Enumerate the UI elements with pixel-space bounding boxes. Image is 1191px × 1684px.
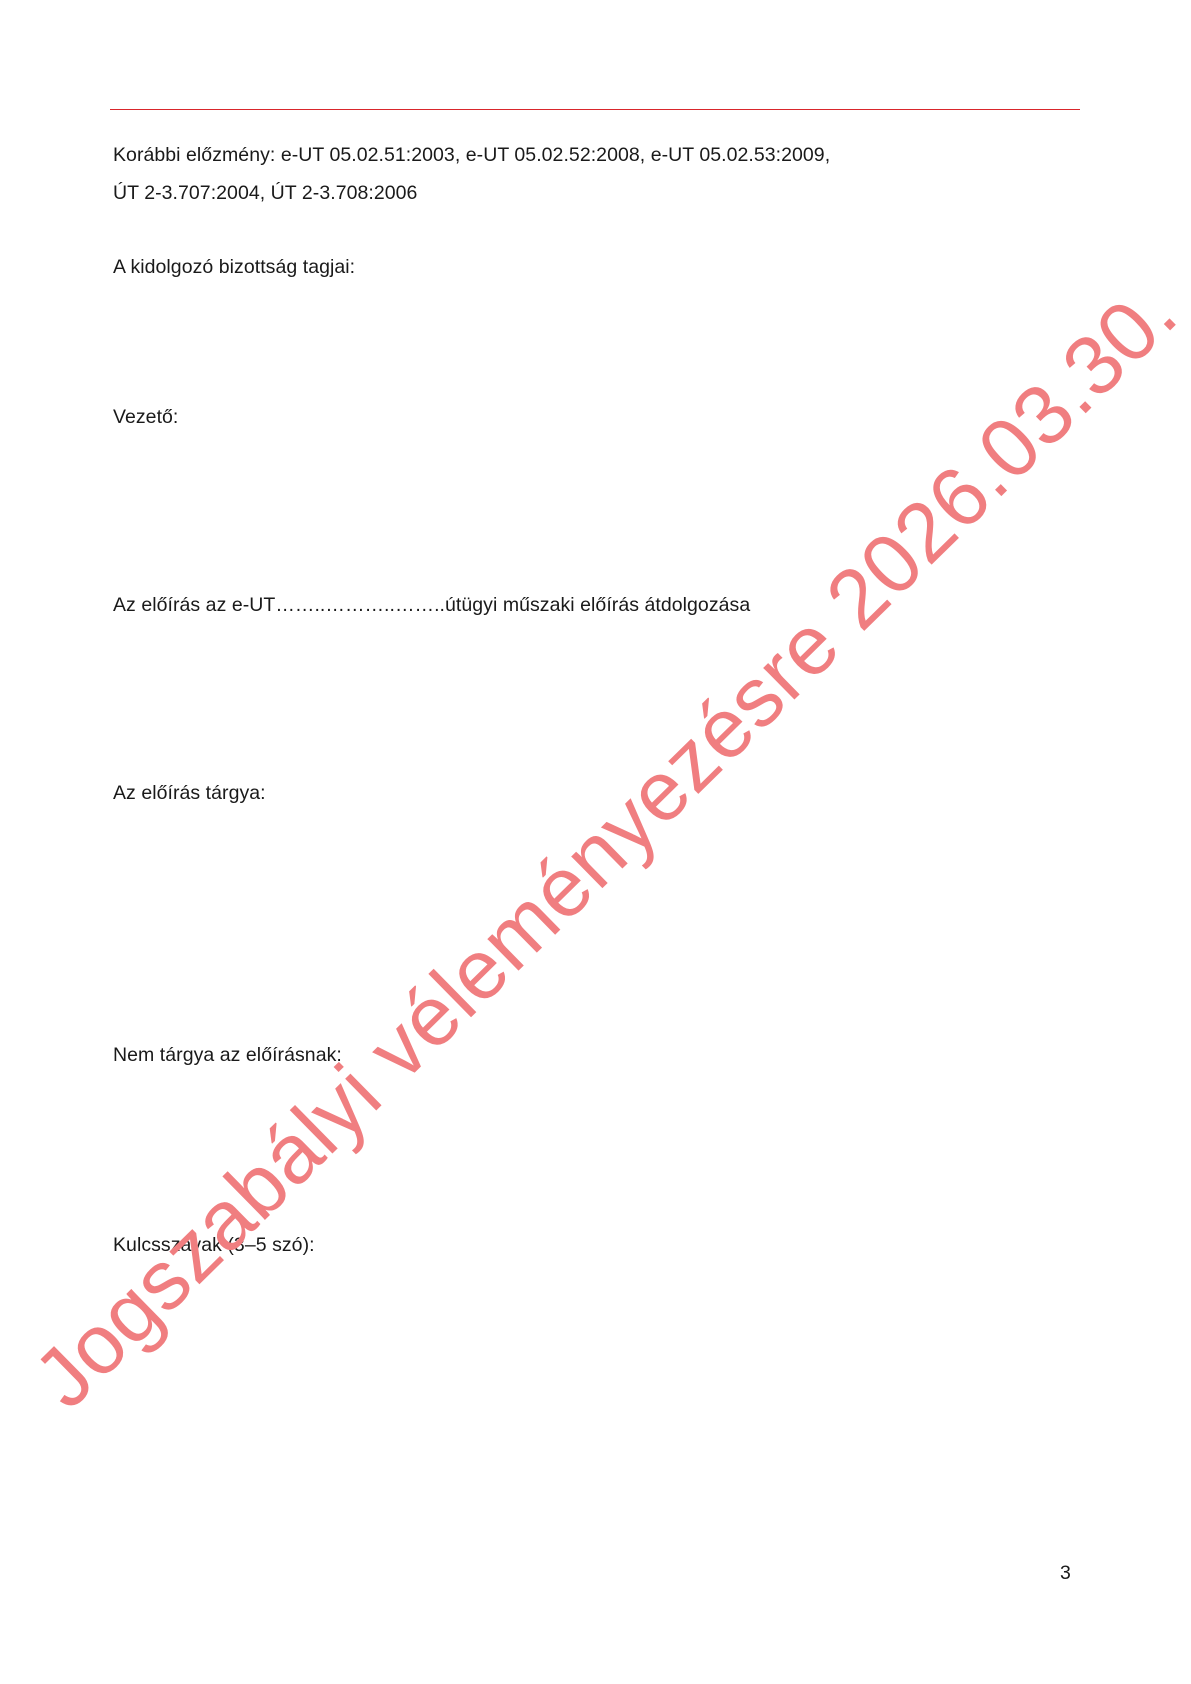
- document-body: Korábbi előzmény: e-UT 05.02.51:2003, e-…: [0, 0, 1191, 1684]
- previous-history-line-2: ÚT 2-3.707:2004, ÚT 2-3.708:2006: [113, 181, 417, 205]
- subject-label: Az előírás tárgya:: [113, 781, 266, 805]
- keywords-label: Kulcsszavak (3–5 szó):: [113, 1233, 315, 1257]
- revision-statement: Az előírás az e-UT……..………..……..útügyi mű…: [113, 593, 750, 617]
- not-subject-label: Nem tárgya az előírásnak:: [113, 1043, 342, 1067]
- committee-members-label: A kidolgozó bizottság tagjai:: [113, 255, 355, 279]
- previous-history-line-1: Korábbi előzmény: e-UT 05.02.51:2003, e-…: [113, 143, 830, 167]
- page-number: 3: [1060, 1561, 1071, 1585]
- leader-label: Vezető:: [113, 405, 178, 429]
